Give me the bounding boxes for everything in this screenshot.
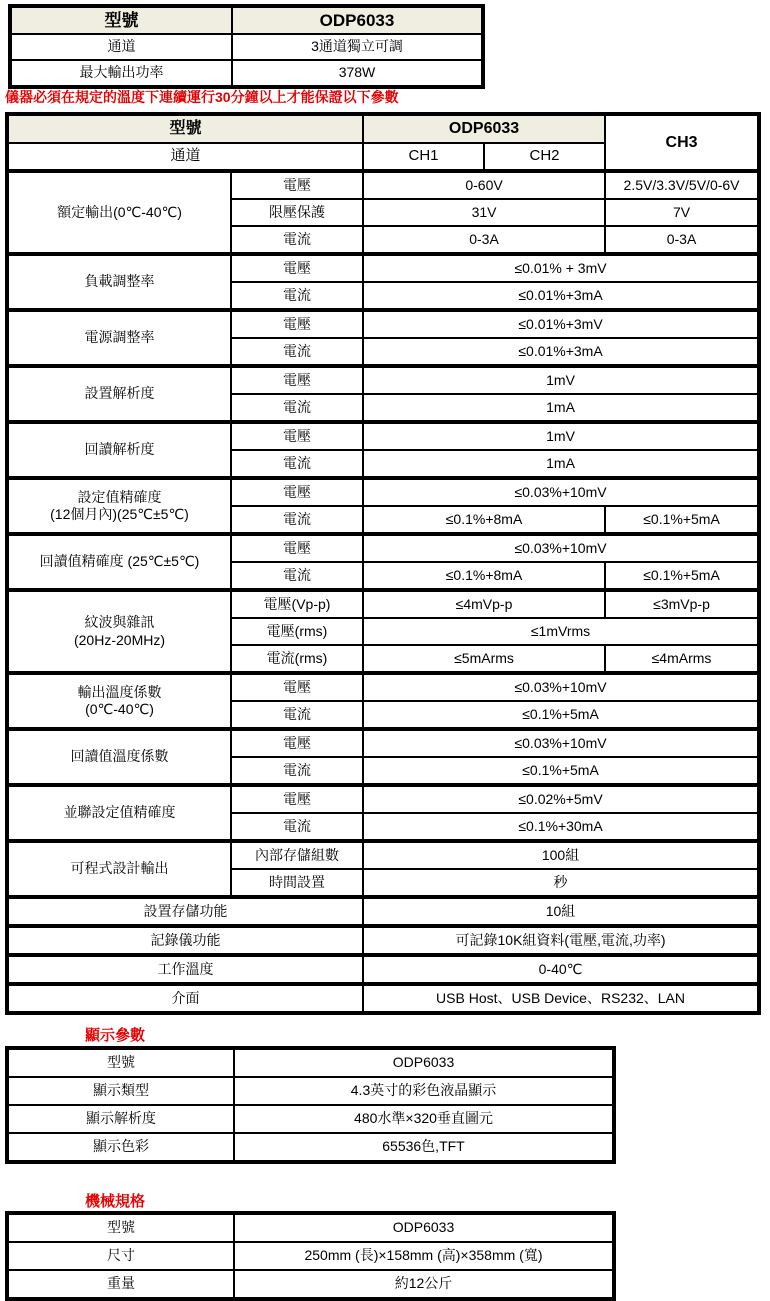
display-row-label: 顯示類型 [7,1077,234,1105]
spec-row-label: 回讀值精確度 (25℃±5℃) [7,534,231,590]
table-row: 通道 3通道獨立可調 [10,34,483,60]
spec-sub-label: 電壓 [231,785,363,813]
spec-value: ≤0.1%+5mA [605,506,759,534]
spec-sub-label: 時間設置 [231,869,363,897]
spec-value: ≤0.1%+8mA [363,562,605,590]
table-row: 顯示解析度 480水準×320垂直圖元 [7,1105,614,1133]
spec-value: ≤5mArms [363,645,605,673]
spec-value: ≤4mArms [605,645,759,673]
spec-sub-label: 電流 [231,282,363,310]
spec-value: 1mV [363,422,759,450]
spec-value: 1mA [363,394,759,422]
spec-sub-label: 內部存儲組數 [231,841,363,869]
table-row: 型號 ODP6033 [10,6,483,34]
spec-sub-label: 限壓保護 [231,199,363,226]
spec-value: 10組 [363,897,759,926]
spec-sub-label: 電流 [231,813,363,841]
spec-row-label: 回讀值溫度係數 [7,729,231,785]
display-row-value: 4.3英寸的彩色液晶顯示 [234,1077,614,1105]
table-row: 設置解析度 電壓 1mV [7,366,759,394]
display-section-title: 顯示參數 [85,1024,145,1045]
spec-row-label: 電源調整率 [7,310,231,366]
spec-sub-label: 電壓 [231,478,363,506]
table-row: 回讀解析度 電壓 1mV [7,422,759,450]
table-row: 回讀值精確度 (25℃±5℃) 電壓 ≤0.03%+10mV [7,534,759,562]
model-header-value: ODP6033 [363,114,605,143]
spec-value: ≤0.03%+10mV [363,673,759,701]
spec-value: 0-60V [363,171,605,199]
display-row-label: 型號 [7,1048,234,1077]
mechanical-row-label: 重量 [7,1270,234,1299]
mechanical-row-value: 約12公斤 [234,1270,614,1299]
summary-row-value: 378W [232,60,483,87]
table-row: 顯示類型 4.3英寸的彩色液晶顯示 [7,1077,614,1105]
channel-ch1-header: CH1 [363,143,484,171]
spec-sub-label: 電壓 [231,422,363,450]
spec-row-label: 介面 [7,984,363,1013]
spec-sub-label: 電壓 [231,366,363,394]
summary-row-value: 3通道獨立可調 [232,34,483,60]
table-row: 顯示色彩 65536色,TFT [7,1133,614,1162]
spec-row-label: 設置存儲功能 [7,897,363,926]
spec-row-label: 設置解析度 [7,366,231,422]
spec-sub-label: 電流 [231,506,363,534]
display-row-label: 顯示解析度 [7,1105,234,1133]
table-row: 設定值精確度 (12個月內)(25℃±5℃) 電壓 ≤0.03%+10mV [7,478,759,506]
spec-row-label: 輸出溫度係數 (0℃-40℃) [7,673,231,729]
spec-value: ≤1mVrms [363,618,759,645]
spec-value: ≤0.1%+8mA [363,506,605,534]
table-row: 尺寸 250mm (長)×158mm (高)×358mm (寬) [7,1242,614,1270]
spec-sub-label: 電流 [231,701,363,729]
table-row: 介面 USB Host、USB Device、RS232、LAN [7,984,759,1013]
spec-value: ≤0.1%+5mA [363,757,759,785]
spec-value: 2.5V/3.3V/5V/0-6V [605,171,759,199]
spec-value: 可記錄10K組資料(電壓,電流,功率) [363,926,759,955]
spec-row-label: 紋波與雜訊 (20Hz-20MHz) [7,590,231,673]
temperature-warning-note: 儀器必須在規定的溫度下連續運行30分鐘以上才能保證以下參數 [5,87,399,107]
table-row: 回讀值溫度係數 電壓 ≤0.03%+10mV [7,729,759,757]
spec-value: ≤0.01%+3mA [363,282,759,310]
display-row-value: 65536色,TFT [234,1133,614,1162]
spec-row-label: 記錄儀功能 [7,926,363,955]
spec-value: ≤0.1%+30mA [363,813,759,841]
spec-row-label: 可程式設計輸出 [7,841,231,897]
mechanical-row-label: 尺寸 [7,1242,234,1270]
spec-sub-label: 電壓 [231,534,363,562]
spec-value: USB Host、USB Device、RS232、LAN [363,984,759,1013]
spec-table: 型號 ODP6033 CH3 通道 CH1 CH2 額定輸出(0℃-40℃) 電… [5,112,761,1015]
summary-row-label: 通道 [10,34,232,60]
spec-row-label: 回讀解析度 [7,422,231,478]
spec-value: ≤0.01%+3mA [363,338,759,366]
mechanical-row-value: 250mm (長)×158mm (高)×358mm (寬) [234,1242,614,1270]
spec-row-label: 負載調整率 [7,254,231,310]
spec-sub-label: 電流 [231,757,363,785]
summary-table: 型號 ODP6033 通道 3通道獨立可調 最大輸出功率 378W [8,4,485,89]
spec-value: ≤0.03%+10mV [363,478,759,506]
table-row: 額定輸出(0℃-40℃) 電壓 0-60V 2.5V/3.3V/5V/0-6V [7,171,759,199]
table-row: 輸出溫度係數 (0℃-40℃) 電壓 ≤0.03%+10mV [7,673,759,701]
spec-value: ≤0.1%+5mA [605,562,759,590]
display-row-value: ODP6033 [234,1048,614,1077]
spec-value: 0-3A [363,226,605,254]
channel-header-label: 通道 [7,143,363,171]
spec-value: ≤3mVp-p [605,590,759,618]
spec-sub-label: 電壓 [231,310,363,338]
spec-sub-label: 電流 [231,226,363,254]
spec-sub-label: 電流 [231,450,363,478]
spec-value: ≤0.02%+5mV [363,785,759,813]
table-row: 工作溫度 0-40℃ [7,955,759,984]
spec-value: ≤4mVp-p [363,590,605,618]
spec-value: 1mA [363,450,759,478]
spec-sheet-page: 型號 ODP6033 通道 3通道獨立可調 最大輸出功率 378W 儀器必須在規… [0,0,770,1300]
spec-value: 0-3A [605,226,759,254]
table-row: 型號 ODP6033 CH3 [7,114,759,143]
spec-value: ≤0.1%+5mA [363,701,759,729]
table-row: 最大輸出功率 378W [10,60,483,87]
channel-ch3-header: CH3 [605,114,759,171]
spec-value: 0-40℃ [363,955,759,984]
mechanical-row-label: 型號 [7,1213,234,1242]
spec-value: 秒 [363,869,759,897]
spec-sub-label: 電流 [231,562,363,590]
display-table: 型號 ODP6033 顯示類型 4.3英寸的彩色液晶顯示 顯示解析度 480水準… [5,1046,616,1164]
spec-value: 1mV [363,366,759,394]
spec-value: ≤0.01%+3mV [363,310,759,338]
spec-row-label: 並聯設定值精確度 [7,785,231,841]
display-row-value: 480水準×320垂直圖元 [234,1105,614,1133]
spec-sub-label: 電流 [231,394,363,422]
channel-ch2-header: CH2 [484,143,605,171]
spec-sub-label: 電壓 [231,171,363,199]
spec-sub-label: 電流(rms) [231,645,363,673]
summary-row-value: ODP6033 [232,6,483,34]
spec-value: ≤0.01% + 3mV [363,254,759,282]
table-row: 電源調整率 電壓 ≤0.01%+3mV [7,310,759,338]
summary-row-label: 最大輸出功率 [10,60,232,87]
spec-row-label: 工作溫度 [7,955,363,984]
table-row: 可程式設計輸出 內部存儲組數 100組 [7,841,759,869]
spec-value: 100組 [363,841,759,869]
spec-sub-label: 電壓 [231,729,363,757]
spec-sub-label: 電壓(Vp-p) [231,590,363,618]
table-row: 紋波與雜訊 (20Hz-20MHz) 電壓(Vp-p) ≤4mVp-p ≤3mV… [7,590,759,618]
spec-sub-label: 電壓 [231,673,363,701]
table-row: 型號 ODP6033 [7,1048,614,1077]
table-row: 型號 ODP6033 [7,1213,614,1242]
table-row: 重量 約12公斤 [7,1270,614,1299]
model-header-label: 型號 [7,114,363,143]
table-row: 設置存儲功能 10組 [7,897,759,926]
spec-sub-label: 電壓(rms) [231,618,363,645]
spec-value: ≤0.03%+10mV [363,729,759,757]
mechanical-table: 型號 ODP6033 尺寸 250mm (長)×158mm (高)×358mm … [5,1211,616,1301]
mechanical-section-title: 機械規格 [85,1190,145,1211]
spec-row-label: 額定輸出(0℃-40℃) [7,171,231,254]
spec-sub-label: 電壓 [231,254,363,282]
table-row: 記錄儀功能 可記錄10K組資料(電壓,電流,功率) [7,926,759,955]
table-row: 並聯設定值精確度 電壓 ≤0.02%+5mV [7,785,759,813]
spec-value: ≤0.03%+10mV [363,534,759,562]
mechanical-row-value: ODP6033 [234,1213,614,1242]
spec-sub-label: 電流 [231,338,363,366]
spec-row-label: 設定值精確度 (12個月內)(25℃±5℃) [7,478,231,534]
table-row: 負載調整率 電壓 ≤0.01% + 3mV [7,254,759,282]
summary-row-label: 型號 [10,6,232,34]
display-row-label: 顯示色彩 [7,1133,234,1162]
spec-value: 7V [605,199,759,226]
spec-value: 31V [363,199,605,226]
